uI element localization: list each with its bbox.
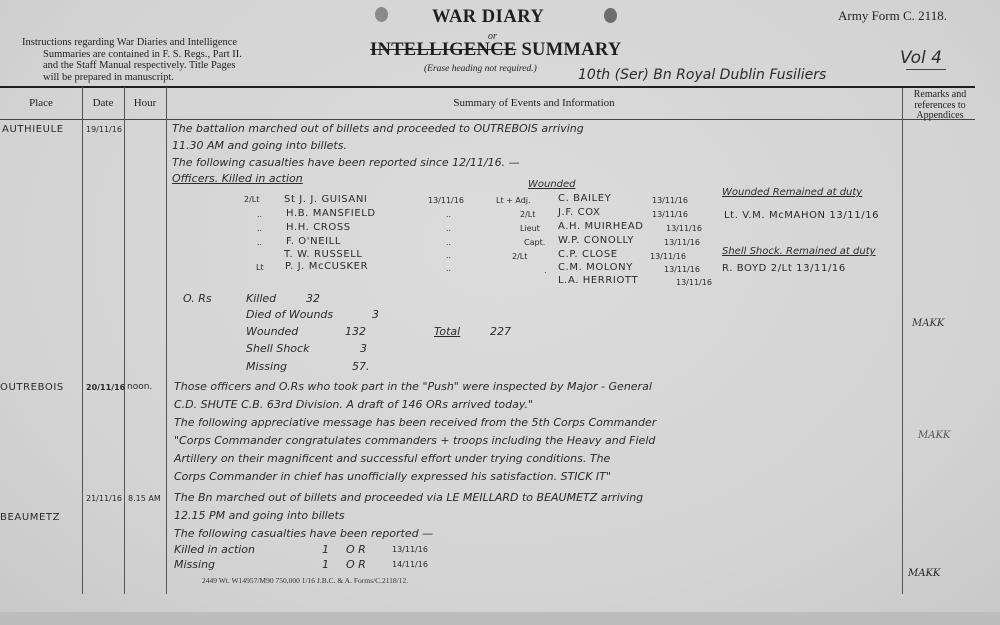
officer-name: L.A. HERRIOTT — [558, 275, 638, 286]
column-divider — [902, 120, 903, 594]
summary-line: Corps Commander in chief has unofficiall… — [174, 470, 611, 483]
erase-note: (Erase heading not required.) — [424, 64, 537, 74]
shellshock-heading: Shell Shock. Remained at duty — [722, 246, 876, 257]
summary-line: C.D. SHUTE C.B. 63rd Division. A draft o… — [174, 398, 533, 411]
form-subtitle: INTELLIGENCE SUMMARY — [370, 40, 622, 61]
officer-name: C.M. MOLONY — [558, 262, 633, 273]
struck-heading: INTELLIGENCE — [370, 40, 517, 60]
officer-date: 13/11/16 — [652, 196, 688, 205]
ors-count: 32 — [306, 292, 320, 305]
officer-date: .. — [446, 210, 451, 219]
column-header-date: Date — [82, 97, 124, 109]
entry-place: AUTHIEULE — [2, 124, 64, 135]
officer-rank: 2/Lt — [512, 252, 527, 261]
total-value: 227 — [490, 325, 511, 338]
officer-name: W.P. CONOLLY — [558, 235, 634, 246]
entry-date: 20/11/16 — [86, 383, 125, 392]
officer-rank: 2/Lt — [244, 195, 259, 204]
officer-name: F. O'NEILL — [286, 236, 341, 247]
ors-count: 3 — [372, 308, 379, 321]
column-header-remarks: Remarks and references to Appendices — [904, 90, 976, 122]
ors-count: 57. — [352, 360, 370, 373]
officer-date: 13/11/16 — [664, 238, 700, 247]
initials: MAKK — [908, 568, 940, 579]
column-header-place: Place — [0, 97, 82, 109]
summary-line: Officers. Killed in action — [172, 172, 303, 185]
casualty-date: 14/11/16 — [392, 560, 428, 569]
officer-rank: Lt — [256, 263, 264, 272]
ors-category: Wounded — [246, 325, 298, 338]
form-title: WAR DIARY — [432, 7, 544, 28]
shellshock-officer: R. BOYD 2/Lt 13/11/16 — [722, 263, 846, 274]
summary-line: "Corps Commander congratulates commander… — [174, 434, 655, 447]
ors-count: 132 — [345, 325, 366, 338]
column-header-hour: Hour — [124, 97, 166, 109]
summary-line: 11.30 AM and going into billets. — [172, 139, 347, 152]
casualty-unit: O R — [346, 543, 366, 556]
officer-name: P. J. McCUSKER — [285, 261, 368, 272]
summary-heading: SUMMARY — [521, 40, 621, 60]
form-number: Army Form C. 2118. — [838, 8, 947, 24]
officer-date: .. — [446, 224, 451, 233]
officer-date: .. — [446, 264, 451, 273]
header-bottom-rule — [0, 119, 975, 120]
remarks-header-line: Appendices — [904, 111, 976, 122]
war-diary-page — [0, 0, 1000, 612]
officer-date: .. — [446, 251, 451, 260]
officer-rank: .. — [257, 238, 262, 247]
entry-date: 19/11/16 — [86, 125, 122, 134]
summary-line: Those officers and O.Rs who took part in… — [174, 380, 652, 393]
table-top-rule — [0, 86, 975, 88]
officer-rank: . — [544, 266, 547, 275]
officer-name: A.H. MUIRHEAD — [558, 221, 644, 232]
entry-place: BEAUMETZ — [0, 512, 60, 523]
casualty-count: 1 — [322, 558, 329, 571]
ors-count: 3 — [360, 342, 367, 355]
ors-category: Died of Wounds — [246, 308, 333, 321]
volume-number: Vol 4 — [900, 48, 942, 68]
officer-rank: Lieut — [520, 224, 540, 233]
summary-line: The following casualties have been repor… — [174, 527, 433, 540]
entry-hour: 8.15 AM — [128, 494, 161, 503]
entry-hour: noon. — [127, 382, 152, 392]
ors-category: Missing — [246, 360, 287, 373]
officer-date: 13/11/16 — [664, 265, 700, 274]
officer-name: St J. J. GUISANI — [284, 194, 367, 205]
officer-rank: 2/Lt — [520, 210, 535, 219]
remained-officer: Lt. V.M. McMAHON 13/11/16 — [724, 210, 879, 221]
volume-underline — [906, 69, 946, 70]
page-bottom-edge — [0, 612, 1000, 625]
column-header-summary: Summary of Events and Information — [166, 97, 902, 109]
form-instructions: Instructions regarding War Diaries and I… — [22, 37, 262, 83]
wounded-heading: Wounded — [528, 179, 576, 190]
ors-category: Killed — [246, 292, 276, 305]
officer-name: C.P. CLOSE — [558, 249, 618, 260]
officer-date: .. — [446, 238, 451, 247]
column-divider — [902, 88, 903, 120]
officer-date: 13/11/16 — [666, 224, 702, 233]
casualty-count: 1 — [322, 543, 329, 556]
casualty-type: Killed in action — [174, 543, 255, 556]
punch-hole-left — [375, 7, 388, 22]
officer-name: C. BAILEY — [558, 193, 611, 204]
casualty-date: 13/11/16 — [392, 545, 428, 554]
casualty-type: Missing — [174, 558, 215, 571]
entry-place: OUTREBOIS — [0, 382, 64, 393]
column-divider — [166, 87, 167, 594]
form-print-footer: 2449 Wt. W14957/M90 750,000 1/16 J.B.C. … — [202, 576, 408, 585]
officer-name: J.F. COX — [558, 207, 601, 218]
ors-category: Shell Shock — [246, 342, 309, 355]
summary-line: Artillery on their magnificent and succe… — [174, 452, 610, 465]
officer-date: 13/11/16 — [676, 278, 712, 287]
initials: MAKK — [918, 430, 950, 441]
officer-name: T. W. RUSSELL — [284, 249, 363, 260]
officer-rank: .. — [257, 210, 262, 219]
officer-rank: Lt + Adj. — [496, 196, 531, 205]
officer-rank: .. — [257, 224, 262, 233]
unit-name: 10th (Ser) Bn Royal Dublin Fusiliers — [578, 67, 826, 83]
instructions-line: Instructions regarding War Diaries and I… — [22, 37, 262, 49]
column-divider — [124, 87, 125, 594]
entry-date: 21/11/16 — [86, 494, 122, 503]
remarks-header-line: Remarks and — [904, 90, 976, 101]
summary-line: The Bn marched out of billets and procee… — [174, 491, 643, 504]
ors-label: O. Rs — [183, 292, 212, 305]
instructions-line: Summaries are contained in F. S. Regs., … — [22, 49, 262, 61]
initials: MAKK — [912, 318, 944, 329]
officer-rank: Capt. — [524, 238, 545, 247]
summary-line: The battalion marched out of billets and… — [172, 122, 584, 135]
remained-heading: Wounded Remained at duty — [722, 187, 862, 198]
officer-name: H.B. MANSFIELD — [286, 208, 376, 219]
casualty-unit: O R — [346, 558, 366, 571]
officer-name: H.H. CROSS — [286, 222, 351, 233]
summary-line: The following casualties have been repor… — [172, 156, 520, 169]
instructions-line: and the Staff Manual respectively. Title… — [22, 60, 262, 72]
total-label: Total — [434, 325, 460, 338]
officer-date: 13/11/16 — [652, 210, 688, 219]
column-divider — [82, 87, 83, 594]
officer-date: 13/11/16 — [428, 196, 464, 205]
summary-line: 12.15 PM and going into billets — [174, 509, 345, 522]
officer-date: 13/11/16 — [650, 252, 686, 261]
instructions-line: will be prepared in manuscript. — [22, 72, 262, 84]
summary-line: The following appreciative message has b… — [174, 416, 656, 429]
punch-hole-right — [604, 8, 617, 23]
